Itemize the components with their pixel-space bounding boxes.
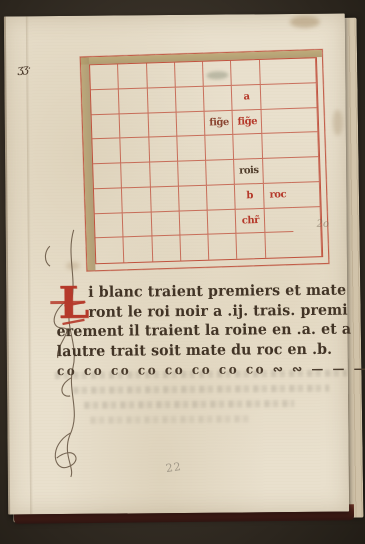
show-through-lines <box>55 370 348 433</box>
photo-background: ʒʒ· afig̃efig̃eroisbrocchr̃ 2o L <box>0 0 365 544</box>
grid-cell <box>204 86 233 112</box>
grid-cell <box>265 232 294 258</box>
grid-cell <box>208 209 237 235</box>
quire-mark: ʒʒ· <box>17 62 31 76</box>
page-gutter-edge <box>4 16 10 514</box>
manuscript-line: i blanc traient premiers et mate <box>88 281 352 304</box>
piece-label: chr̃ <box>242 215 259 227</box>
grid-cell <box>179 185 208 211</box>
manuscript-page: ʒʒ· afig̃efig̃eroisbrocchr̃ 2o L <box>4 14 349 515</box>
parchment-stain <box>333 110 343 136</box>
grid-cell <box>206 160 235 186</box>
grid-cell <box>92 139 121 165</box>
grid-cell <box>207 185 236 211</box>
grid-cell <box>259 59 288 85</box>
piece-label: roc <box>269 189 286 201</box>
grid-cell <box>119 88 148 114</box>
piece-label: rois <box>239 165 259 177</box>
grid-cell <box>288 83 317 109</box>
grid-cell <box>122 187 151 213</box>
grid-cell <box>180 235 209 261</box>
chess-grid: afig̃efig̃eroisbrocchr̃ <box>89 57 323 264</box>
parchment-stain <box>290 16 320 28</box>
decorated-initial: L <box>58 285 84 325</box>
grid-cell <box>124 237 153 263</box>
piece-label: fig̃e <box>209 117 229 129</box>
pencil-mark: 22 <box>165 460 183 475</box>
grid-cell <box>292 182 321 208</box>
grid-cell <box>175 62 204 88</box>
grid-cell <box>90 64 119 90</box>
grid-cell <box>290 132 319 158</box>
grid-cell <box>92 114 121 140</box>
grid-cell <box>289 108 318 134</box>
grid-cell <box>150 162 179 188</box>
show-through-line <box>84 400 294 409</box>
piece-label: fig̃e <box>237 116 257 128</box>
grid-cell <box>237 233 266 259</box>
piece-label: b <box>246 190 253 201</box>
grid-cell <box>264 208 293 234</box>
show-through-line <box>90 415 251 423</box>
grid-cell <box>291 157 320 183</box>
chess-diagram: afig̃efig̃eroisbrocchr̃ <box>80 49 330 272</box>
grid-cell <box>260 84 289 110</box>
grid-cell <box>234 134 263 160</box>
grid-cell <box>231 60 260 86</box>
piece-label: a <box>243 91 249 102</box>
text-block: L i blanc traient premiers et materont l… <box>56 281 353 381</box>
grid-cell <box>121 162 150 188</box>
grid-cell <box>262 133 291 159</box>
grid-cell <box>151 211 180 237</box>
grid-cell <box>208 234 237 260</box>
grid-cell <box>179 210 208 236</box>
grid-cell <box>263 158 292 184</box>
grid-cell <box>95 238 124 264</box>
grid-cell <box>118 64 147 90</box>
grid-cell <box>205 135 234 161</box>
show-through-line <box>73 385 330 394</box>
grid-cell <box>176 111 205 137</box>
grid-cell <box>121 138 150 164</box>
grid-cell <box>95 213 124 239</box>
grid-cell <box>178 161 207 187</box>
text-lines: i blanc traient premiers et materont le … <box>56 281 353 381</box>
grid-cell <box>148 112 177 138</box>
show-through-line <box>55 370 347 380</box>
grid-cell <box>293 231 322 257</box>
grid-cell <box>147 87 176 113</box>
folio-number-faint: 2o <box>317 219 329 230</box>
grid-cell <box>147 63 176 89</box>
grid-cell <box>150 186 179 212</box>
grid-cell <box>120 113 149 139</box>
grid-cell <box>177 136 206 162</box>
grid-cell <box>94 188 123 214</box>
gutter-crease <box>26 16 33 514</box>
grid-cell <box>261 109 290 135</box>
grid-cell <box>93 163 122 189</box>
grid-cell <box>149 137 178 163</box>
grid-cell <box>152 236 181 262</box>
grid-cell <box>123 212 152 238</box>
grid-cell <box>176 86 205 112</box>
grid-cell <box>91 89 120 115</box>
grid-cell <box>288 58 317 84</box>
